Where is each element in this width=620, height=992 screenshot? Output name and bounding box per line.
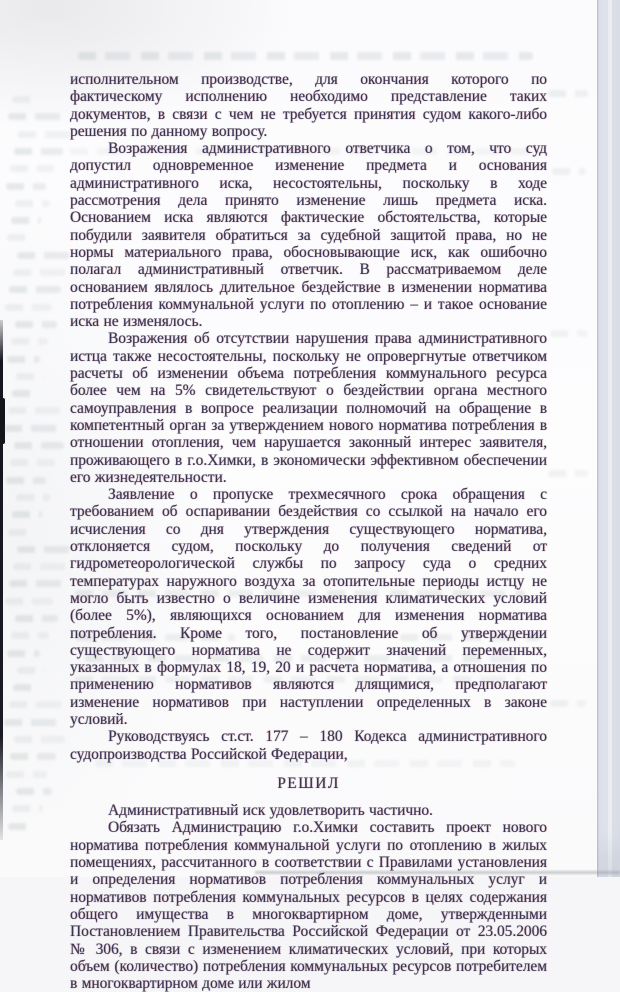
bleed-through-text-mark bbox=[17, 667, 45, 674]
paragraph: Заявление о пропуске трехмесячного срока… bbox=[70, 486, 547, 728]
bleed-through-text-mark bbox=[16, 788, 52, 795]
bleed-through-text-mark bbox=[548, 90, 588, 97]
paragraph: Возражения административного ответчика о… bbox=[70, 140, 547, 330]
bleed-through-text-mark bbox=[5, 304, 52, 311]
bleed-through-text-mark bbox=[16, 373, 44, 380]
bleed-through-text-mark bbox=[12, 96, 34, 103]
body-paragraphs: исполнительном производстве, для окончан… bbox=[70, 71, 547, 763]
bleed-through-text-mark bbox=[11, 217, 41, 224]
paragraph: Административный иск удовлетворить части… bbox=[70, 802, 547, 819]
bleed-through-text-mark bbox=[6, 477, 46, 484]
document-text-block: исполнительном производстве, для окончан… bbox=[70, 71, 547, 877]
bleed-through-text-mark bbox=[13, 563, 71, 570]
bleed-through-text-mark bbox=[552, 168, 586, 175]
bleed-through-text-mark bbox=[8, 113, 67, 120]
bleed-through-text-mark bbox=[5, 598, 53, 605]
bleed-through-text-mark bbox=[8, 529, 34, 536]
bleed-through-text-mark bbox=[14, 736, 65, 743]
bleed-through-text-mark bbox=[10, 165, 54, 172]
bleed-through-text-mark bbox=[13, 269, 70, 276]
bleed-through-text-mark bbox=[8, 407, 68, 414]
scanned-page: исполнительном производстве, для окончан… bbox=[0, 0, 620, 877]
bleed-through-text-mark bbox=[12, 805, 43, 812]
bleed-through-text-mark bbox=[9, 580, 62, 587]
bleed-through-text-mark bbox=[14, 442, 64, 449]
bleed-through-text-mark bbox=[14, 148, 63, 155]
bleed-through-text-mark bbox=[7, 234, 32, 241]
resolution-paragraphs: Административный иск удовлетворить части… bbox=[70, 802, 547, 877]
bleed-through-text-mark bbox=[550, 330, 588, 337]
scan-edge-left-mark bbox=[0, 398, 5, 444]
bleed-through-text-mark bbox=[10, 753, 56, 760]
bleed-through-text-mark bbox=[6, 771, 47, 778]
bleed-through-text-mark bbox=[550, 700, 586, 707]
bleed-through-text-mark bbox=[18, 131, 72, 138]
bleed-through-text-mark bbox=[548, 470, 588, 477]
scan-edge-right-band bbox=[597, 0, 620, 877]
paragraph: Обязать Администрацию г.о.Химки составит… bbox=[70, 819, 547, 877]
bleed-through-text-mark bbox=[7, 356, 40, 363]
bleed-through-text-mark bbox=[15, 200, 50, 207]
bleed-through-text-mark bbox=[13, 684, 36, 691]
bleed-through-text-mark bbox=[4, 719, 60, 726]
bleed-through-text-mark bbox=[11, 338, 48, 345]
paragraph: исполнительном производстве, для окончан… bbox=[70, 71, 547, 140]
bleed-through-text-mark bbox=[8, 823, 34, 830]
bleed-through-text-mark bbox=[11, 632, 49, 639]
bleed-through-text-mark bbox=[9, 286, 61, 293]
bleed-through-text-mark bbox=[10, 459, 55, 466]
bleed-through-text-mark bbox=[7, 650, 40, 657]
bleed-through-text-mark bbox=[78, 52, 533, 60]
bleed-through-text-mark bbox=[15, 321, 57, 328]
bleed-through-text-mark bbox=[12, 511, 42, 518]
bleed-through-text-mark bbox=[4, 425, 59, 432]
resolution-heading: РЕШИЛ bbox=[70, 775, 547, 792]
paragraph: Руководствуясь ст.ст. 177 – 180 Кодекса … bbox=[70, 728, 547, 763]
bleed-through-text-mark bbox=[16, 494, 51, 501]
paragraph: Возражения об отсутствии нарушения права… bbox=[70, 330, 547, 486]
bleed-through-text-mark bbox=[6, 183, 46, 190]
bleed-through-text-mark bbox=[12, 390, 35, 397]
bleed-through-text-mark bbox=[15, 615, 58, 622]
bleed-through-text-mark bbox=[9, 701, 69, 708]
